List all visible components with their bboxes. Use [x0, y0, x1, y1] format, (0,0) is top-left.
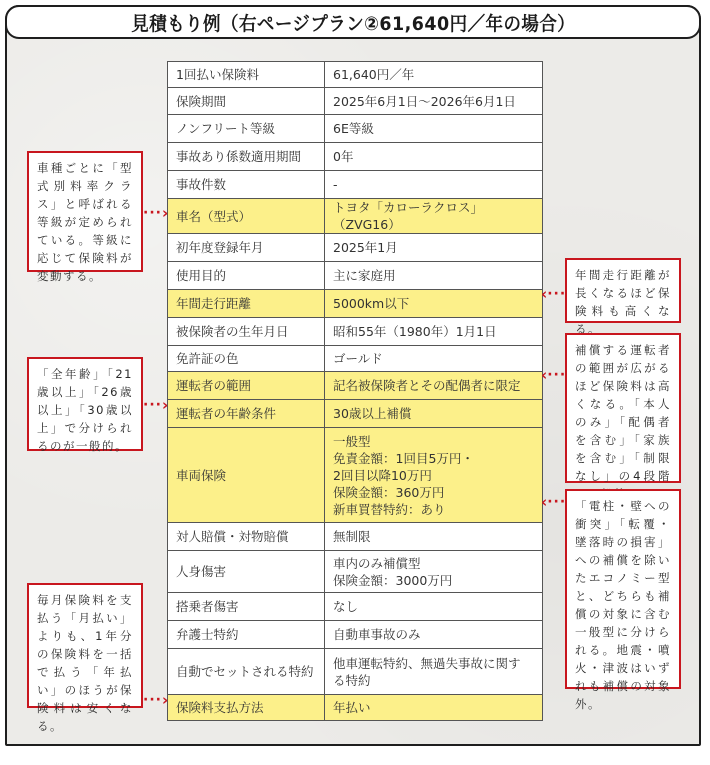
page-title: 見積もり例（右ページプラン②61,640円／年の場合） [131, 9, 575, 36]
table-row: 弁護士特約自動車事故のみ [168, 621, 543, 649]
row-label: 搭乗者傷害 [168, 593, 325, 621]
row-value: トヨタ「カローラクロス」（ZVG16） [325, 199, 543, 234]
row-label: 弁護士特約 [168, 621, 325, 649]
table-row: 初年度登録年月2025年1月 [168, 234, 543, 262]
callout-payment: 毎月保険料を支払う「月払い」よりも、1年分の保険料を一括で払う「年払い」のほうが… [27, 583, 143, 708]
row-label: 車名（型式） [168, 199, 325, 234]
row-value: 昭和55年（1980年）1月1日 [325, 318, 543, 346]
row-value: 自動車事故のみ [325, 621, 543, 649]
row-label: 保険料支払方法 [168, 695, 325, 721]
table-row: 年間走行距離5000km以下 [168, 290, 543, 318]
callout-vehicle-insurance: 「電柱・壁への衝突」「転覆・墜落時の損害」への補償を除いたエコノミー型と、どちら… [565, 489, 681, 689]
dotted-line: ··· [547, 288, 566, 300]
row-value-line: 年払い [333, 699, 534, 716]
row-value: 主に家庭用 [325, 262, 543, 290]
row-value: - [325, 171, 543, 199]
row-value-line: 無制限 [333, 528, 534, 545]
chevron-right-icon: › [162, 207, 168, 219]
arrow-driver-range: ‹··· [541, 369, 566, 381]
table-row: 事故件数- [168, 171, 543, 199]
chevron-right-icon: › [162, 694, 168, 706]
row-value-line: ゴールド [333, 350, 534, 367]
dotted-line: ··· [547, 496, 566, 508]
row-value: ゴールド [325, 346, 543, 372]
row-value: 5000km以下 [325, 290, 543, 318]
row-value-line: 主に家庭用 [333, 267, 534, 284]
table-row: ノンフリート等級6E等級 [168, 115, 543, 143]
row-label: 使用目的 [168, 262, 325, 290]
table-row: 保険料支払方法年払い [168, 695, 543, 721]
row-label: 年間走行距離 [168, 290, 325, 318]
callout-car-class: 車種ごとに「型式別料率クラス」と呼ばれる等級が定められている。等級に応じて保険料… [27, 151, 143, 272]
table-row: 運転者の範囲記名被保険者とその配偶者に限定 [168, 372, 543, 400]
row-label: 車両保険 [168, 428, 325, 523]
row-value-line: 0年 [333, 148, 534, 165]
row-label: 運転者の年齢条件 [168, 400, 325, 428]
row-value: 2025年6月1日～2026年6月1日 [325, 88, 543, 115]
row-label: 保険期間 [168, 88, 325, 115]
row-value-line: 30歳以上補償 [333, 405, 534, 422]
row-value: 2025年1月 [325, 234, 543, 262]
table-row: 1回払い保険料61,640円／年 [168, 62, 543, 88]
row-value-line: 自動車事故のみ [333, 626, 534, 643]
callout-age-condition: 「全年齢」「21歳以上」「26歳以上」「30歳以上」で分けられるのが一般的。 [27, 357, 143, 451]
row-label: 事故あり係数適用期間 [168, 143, 325, 171]
row-label: 運転者の範囲 [168, 372, 325, 400]
table-row: 自動でセットされる特約他車運転特約、無過失事故に関する特約 [168, 649, 543, 695]
row-value-line: 一般型 [333, 433, 534, 450]
table-row: 車両保険一般型免責金額：1回目5万円・2回目以降10万円保険金額：360万円新車… [168, 428, 543, 523]
dotted-line: ··· [547, 369, 566, 381]
row-label: 対人賠償・対物賠償 [168, 523, 325, 551]
row-value: 他車運転特約、無過失事故に関する特約 [325, 649, 543, 695]
chevron-right-icon: › [162, 399, 168, 411]
row-value: 一般型免責金額：1回目5万円・2回目以降10万円保険金額：360万円新車買替特約… [325, 428, 543, 523]
row-value-line: 保険金額：3000万円 [333, 572, 534, 589]
row-value: 6E等級 [325, 115, 543, 143]
arrow-mileage: ‹··· [541, 288, 566, 300]
row-value-line: 6E等級 [333, 120, 534, 137]
row-value-line: 昭和55年（1980年）1月1日 [333, 323, 534, 340]
row-value: 0年 [325, 143, 543, 171]
table-row: 対人賠償・対物賠償無制限 [168, 523, 543, 551]
row-value-line: なし [333, 598, 534, 615]
row-value: なし [325, 593, 543, 621]
table-row: 搭乗者傷害なし [168, 593, 543, 621]
arrow-car-class: ···› [143, 207, 168, 219]
row-value-line: 免責金額：1回目5万円・ [333, 450, 534, 467]
row-value: 61,640円／年 [325, 62, 543, 88]
row-value: 記名被保険者とその配偶者に限定 [325, 372, 543, 400]
row-value-line: 2回目以降10万円 [333, 467, 534, 484]
arrow-vehicle-insurance: ‹··· [541, 496, 566, 508]
callout-mileage: 年間走行距離が長くなるほど保険料も高くなる。 [565, 258, 681, 323]
row-value-line: 車内のみ補償型 [333, 555, 534, 572]
row-label: 免許証の色 [168, 346, 325, 372]
row-label: 被保険者の生年月日 [168, 318, 325, 346]
table-row: 運転者の年齢条件30歳以上補償 [168, 400, 543, 428]
dotted-line: ··· [143, 694, 162, 706]
row-label: 事故件数 [168, 171, 325, 199]
row-value-line: 他車運転特約、無過失事故に関す [333, 655, 534, 672]
table-row: 人身傷害車内のみ補償型保険金額：3000万円 [168, 551, 543, 593]
title-bar: 見積もり例（右ページプラン②61,640円／年の場合） [5, 5, 701, 39]
dotted-line: ··· [143, 207, 162, 219]
row-value-line: - [333, 176, 534, 193]
row-value: 30歳以上補償 [325, 400, 543, 428]
row-value-line: る特約 [333, 672, 534, 689]
table-row: 車名（型式）トヨタ「カローラクロス」（ZVG16） [168, 199, 543, 234]
row-label: 初年度登録年月 [168, 234, 325, 262]
table-row: 使用目的主に家庭用 [168, 262, 543, 290]
row-value-line: 記名被保険者とその配偶者に限定 [333, 377, 534, 394]
callout-driver-range: 補償する運転者の範囲が広がるほど保険料は高くなる。「本人のみ」「配偶者を含む」「… [565, 333, 681, 483]
row-label: 自動でセットされる特約 [168, 649, 325, 695]
table-row: 事故あり係数適用期間0年 [168, 143, 543, 171]
arrow-payment: ···› [143, 694, 168, 706]
table-row: 保険期間2025年6月1日～2026年6月1日 [168, 88, 543, 115]
row-value-line: 2025年1月 [333, 239, 534, 256]
row-value-line: 2025年6月1日～2026年6月1日 [333, 93, 534, 110]
table-row: 被保険者の生年月日昭和55年（1980年）1月1日 [168, 318, 543, 346]
row-value-line: 新車買替特約：あり [333, 501, 534, 518]
arrow-age-condition: ···› [143, 399, 168, 411]
table-row: 免許証の色ゴールド [168, 346, 543, 372]
row-value-line: 61,640円／年 [333, 66, 534, 83]
row-value-line: 保険金額：360万円 [333, 484, 534, 501]
row-value: 無制限 [325, 523, 543, 551]
row-value: 車内のみ補償型保険金額：3000万円 [325, 551, 543, 593]
row-label: 1回払い保険料 [168, 62, 325, 88]
row-value-line: 5000km以下 [333, 295, 534, 312]
dotted-line: ··· [143, 399, 162, 411]
row-label: ノンフリート等級 [168, 115, 325, 143]
row-value-line: トヨタ「カローラクロス」（ZVG16） [333, 199, 534, 233]
row-label: 人身傷害 [168, 551, 325, 593]
row-value: 年払い [325, 695, 543, 721]
estimate-table: 1回払い保険料61,640円／年保険期間2025年6月1日～2026年6月1日ノ… [167, 61, 543, 721]
